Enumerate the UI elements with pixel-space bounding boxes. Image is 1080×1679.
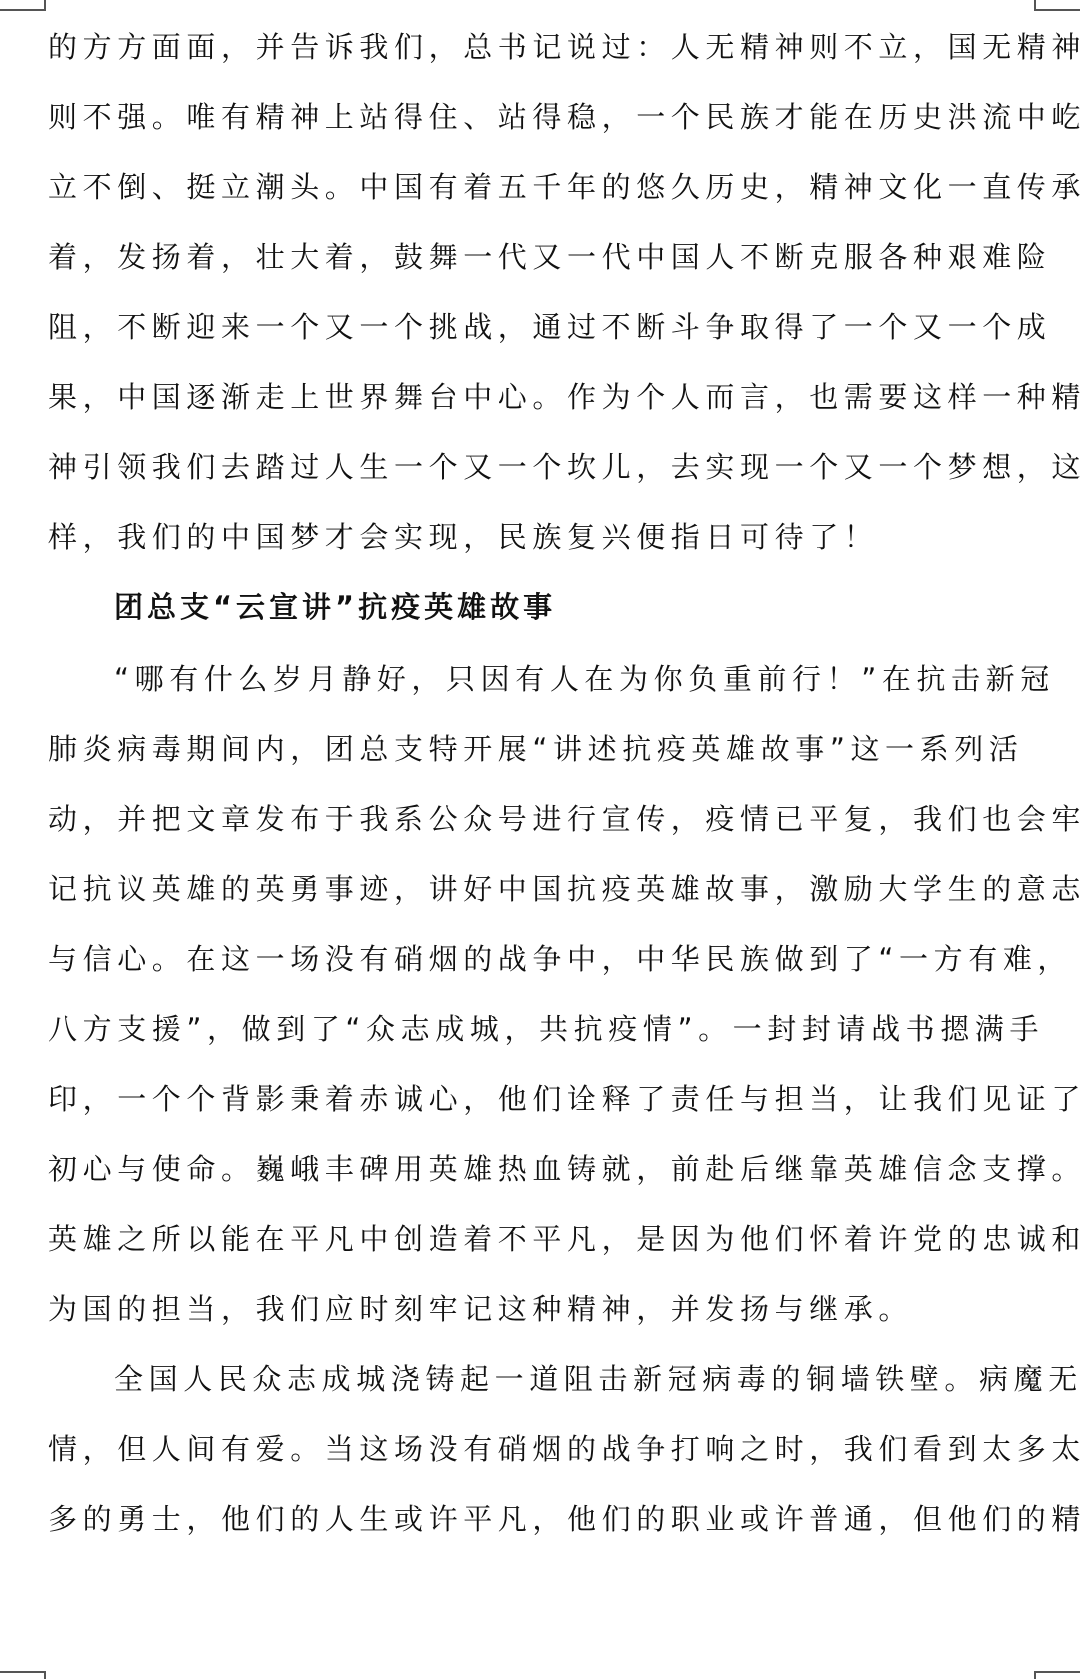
crop-mark-top-right xyxy=(1034,0,1080,11)
text-line: 为国的担当，我们应时刻牢记这种精神，并发扬与继承。 xyxy=(48,1280,1048,1350)
text-line: 的方方面面，并告诉我们，总书记说过：人无精神则不立，国无精神 xyxy=(48,18,1048,88)
paragraph-continuation: 的方方面面，并告诉我们，总书记说过：人无精神则不立，国无精神 则不强。唯有精神上… xyxy=(48,18,1048,578)
paragraph-hero-stories: “哪有什么岁月静好，只因有人在为你负重前行！”在抗击新冠 肺炎病毒期间内，团总支… xyxy=(48,650,1048,1350)
text-line: 动，并把文章发布于我系公众号进行宣传，疫情已平复，我们也会牢 xyxy=(48,790,1048,860)
text-line: “哪有什么岁月静好，只因有人在为你负重前行！”在抗击新冠 xyxy=(48,650,1048,720)
text-line: 阻，不断迎来一个又一个挑战，通过不断斗争取得了一个又一个成 xyxy=(48,298,1048,368)
text-line: 全国人民众志成城浇铸起一道阻击新冠病毒的铜墙铁壁。病魔无 xyxy=(48,1350,1048,1420)
text-line: 多的勇士，他们的人生或许平凡，他们的职业或许普通，但他们的精 xyxy=(48,1490,1048,1560)
text-line: 与信心。在这一场没有硝烟的战争中，中华民族做到了“一方有难， xyxy=(48,930,1048,1000)
text-line: 初心与使命。巍峨丰碑用英雄热血铸就，前赴后继靠英雄信念支撑。 xyxy=(48,1140,1048,1210)
text-line: 英雄之所以能在平凡中创造着不平凡，是因为他们怀着许党的忠诚和 xyxy=(48,1210,1048,1280)
text-line: 果，中国逐渐走上世界舞台中心。作为个人而言，也需要这样一种精 xyxy=(48,368,1048,438)
text-line: 样，我们的中国梦才会实现，民族复兴便指日可待了！ xyxy=(48,508,1048,578)
text-line: 情，但人间有爱。当这场没有硝烟的战争打响之时，我们看到太多太 xyxy=(48,1420,1048,1490)
text-line: 印，一个个背影秉着赤诚心，他们诠释了责任与担当，让我们见证了 xyxy=(48,1070,1048,1140)
crop-mark-top-left xyxy=(0,0,46,11)
crop-mark-bottom-left xyxy=(0,1671,46,1679)
text-line: 记抗议英雄的英勇事迹，讲好中国抗疫英雄故事，激励大学生的意志 xyxy=(48,860,1048,930)
text-line: 立不倒、挺立潮头。中国有着五千年的悠久历史，精神文化一直传承 xyxy=(48,158,1048,228)
text-line: 着，发扬着，壮大着，鼓舞一代又一代中国人不断克服各种艰难险 xyxy=(48,228,1048,298)
paragraph-national-unity: 全国人民众志成城浇铸起一道阻击新冠病毒的铜墙铁壁。病魔无 情，但人间有爱。当这场… xyxy=(48,1350,1048,1560)
text-line: 肺炎病毒期间内，团总支特开展“讲述抗疫英雄故事”这一系列活 xyxy=(48,720,1048,790)
crop-mark-bottom-right xyxy=(1034,1671,1080,1679)
text-line: 则不强。唯有精神上站得住、站得稳，一个民族才能在历史洪流中屹 xyxy=(48,88,1048,158)
document-page: 的方方面面，并告诉我们，总书记说过：人无精神则不立，国无精神 则不强。唯有精神上… xyxy=(48,18,1048,1560)
text-line: 神引领我们去踏过人生一个又一个坎儿，去实现一个又一个梦想，这 xyxy=(48,438,1048,508)
section-heading: 团总支“云宣讲”抗疫英雄故事 xyxy=(48,578,1048,650)
text-line: 八方支援”，做到了“众志成城，共抗疫情”。一封封请战书摁满手 xyxy=(48,1000,1048,1070)
